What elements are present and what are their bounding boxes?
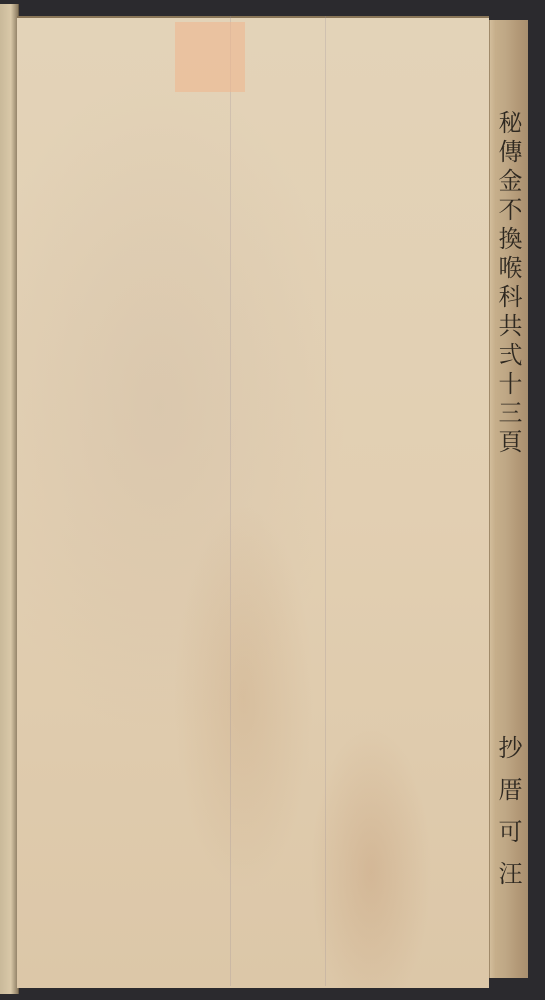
- spine-title-text: 秘傳金不換喉科共弍十三頁: [494, 110, 522, 600]
- blank-manuscript-page: [17, 16, 489, 988]
- faded-seal-stamp: [175, 22, 245, 92]
- copyist-note-text: 抄厝可汪: [494, 735, 522, 935]
- fold-line: [325, 16, 326, 986]
- fold-line: [230, 16, 231, 986]
